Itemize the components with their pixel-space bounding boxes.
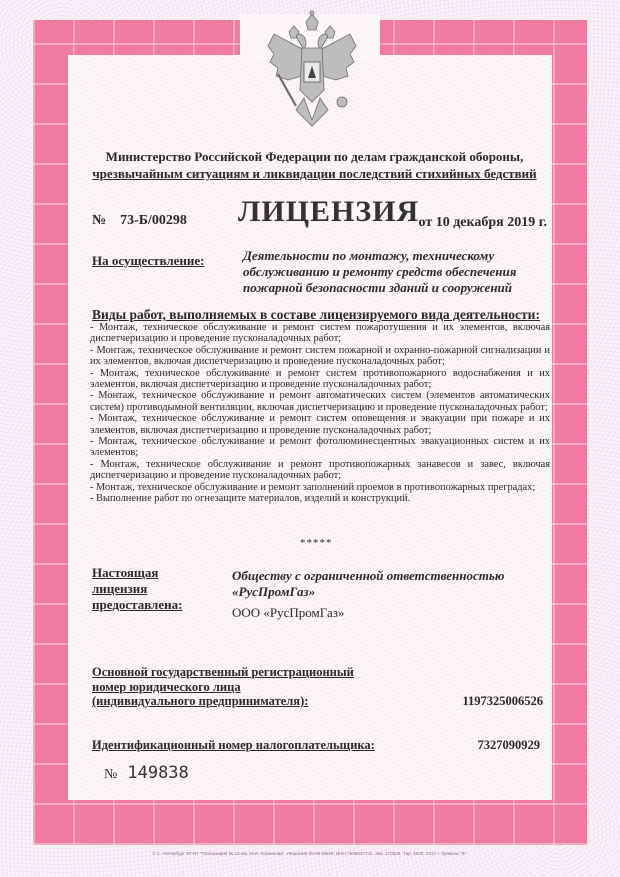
- work-item: - Монтаж, техническое обслуживание и рем…: [90, 322, 550, 345]
- russian-coat-of-arms-icon: [262, 10, 362, 128]
- issue-date: от 10 декабря 2019 г.: [419, 215, 547, 231]
- work-item: - Монтаж, техническое обслуживание и рем…: [90, 436, 550, 459]
- ogrn-label-line: номер юридического лица: [92, 680, 354, 695]
- work-item: - Монтаж, техническое обслуживание и рем…: [90, 482, 550, 493]
- ogrn-value: 1197325006526: [462, 694, 543, 709]
- grantee-full-name: Обществу с ограниченной ответственностью…: [232, 568, 504, 600]
- issuing-authority: Министерство Российской Федерации по дел…: [92, 148, 537, 182]
- work-item: - Монтаж, техническое обслуживание и рем…: [90, 459, 550, 482]
- activity-line: Деятельности по монтажу, техническому: [243, 248, 543, 264]
- work-item: - Монтаж, техническое обслуживание и рем…: [90, 368, 550, 391]
- works-section-title: Виды работ, выполняемых в составе лиценз…: [92, 307, 540, 323]
- grantee-short-name: ООО «РусПромГаз»: [232, 605, 344, 621]
- activity-line: пожарной безопасности зданий и сооружени…: [243, 280, 543, 296]
- number-sign: №: [92, 213, 106, 228]
- license-number: №73-Б/00298: [92, 213, 187, 229]
- works-list: - Монтаж, техническое обслуживание и рем…: [90, 322, 550, 505]
- work-item: - Монтаж, техническое обслуживание и рем…: [90, 345, 550, 368]
- license-number-value: 73-Б/00298: [120, 213, 187, 228]
- ogrn-label-line: (индивидуального предпринимателя):: [92, 694, 354, 709]
- grantee-label: Настоящая лицензия предоставлена:: [92, 565, 202, 613]
- purpose-label: На осуществление:: [92, 253, 205, 269]
- grantee-name-line: «РусПромГаз»: [232, 584, 504, 600]
- license-header: №73-Б/00298 ЛИЦЕНЗИЯ от 10 декабря 2019 …: [92, 195, 547, 235]
- section-separator: *****: [300, 537, 333, 549]
- activity-line: обслуживанию и ремонту средств обеспечен…: [243, 264, 543, 280]
- serial-sign: №: [104, 767, 117, 782]
- document-title: ЛИЦЕНЗИЯ: [238, 195, 419, 229]
- ogrn-label: Основной государственный регистрационный…: [92, 665, 354, 709]
- work-item: - Выполнение работ по огнезащите материа…: [90, 493, 550, 504]
- issuer-line-1: Министерство Российской Федерации по дел…: [92, 148, 537, 165]
- printer-imprint: © С.-Петербург ФГУП "Типография № 12 им.…: [0, 851, 620, 856]
- grantee-name-line: Обществу с ограниченной ответственностью: [232, 568, 504, 584]
- form-serial-number: №149838: [104, 763, 189, 783]
- inn-value: 7327090929: [478, 738, 541, 753]
- work-item: - Монтаж, техническое обслуживание и рем…: [90, 390, 550, 413]
- ogrn-label-line: Основной государственный регистрационный: [92, 665, 354, 680]
- grantee-label-line: Настоящая лицензия: [92, 565, 202, 597]
- licensed-activity: Деятельности по монтажу, техническому об…: [243, 248, 543, 296]
- serial-value: 149838: [127, 763, 188, 783]
- work-item: - Монтаж, техническое обслуживание и рем…: [90, 413, 550, 436]
- grantee-label-line: предоставлена:: [92, 597, 202, 613]
- issuer-line-2: чрезвычайным ситуациям и ликвидации посл…: [92, 165, 537, 182]
- inn-label: Идентификационный номер налогоплательщик…: [92, 738, 375, 753]
